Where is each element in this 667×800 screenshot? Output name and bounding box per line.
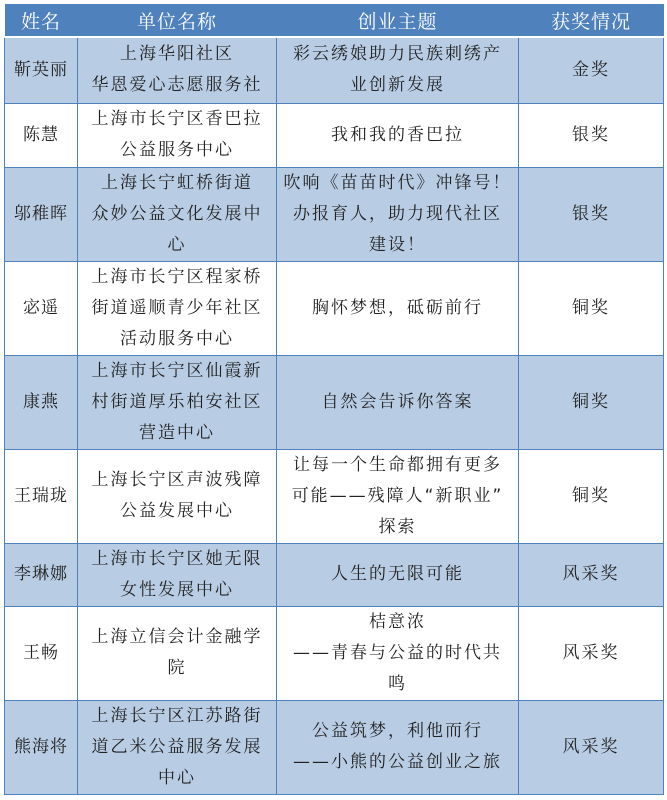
cell-theme: 桔意浓 ——青春与公益的时代共 鸣 [277,606,519,700]
theme-line: 鸣 [279,669,516,700]
unit-line: 公益服务中心 [80,135,274,166]
cell-name: 李琳娜 [5,543,78,606]
header-unit: 单位名称 [78,4,277,37]
cell-unit: 上海市长宁区香巴拉 公益服务中心 [78,103,277,167]
theme-line: ——小熊的公益创业之旅 [279,747,516,778]
cell-name: 靳英丽 [5,37,78,103]
theme-line: ——青春与公益的时代共 [279,638,516,669]
cell-theme: 彩云绣娘助力民族刺绣产 业创新发展 [277,37,519,103]
cell-theme: 让每一个生命都拥有更多 可能——残障人“新职业” 探索 [277,449,519,543]
cell-theme: 吹响《苗苗时代》冲锋号！ 办报育人，助力现代社区 建设！ [277,167,519,261]
table-row: 陈慧 上海市长宁区香巴拉 公益服务中心 我和我的香巴拉 银奖 [5,103,664,167]
cell-unit: 上海市长宁区仙霞新 村街道厚乐柏安社区 营造中心 [78,355,277,449]
header-theme: 创业主题 [277,4,519,37]
table-row: 邬稚晖 上海长宁虹桥街道 众妙公益文化发展中 心 吹响《苗苗时代》冲锋号！ 办报… [5,167,664,261]
theme-line: 彩云绣娘助力民族刺绣产 [279,39,516,70]
cell-unit: 上海立信会计金融学 院 [78,606,277,700]
cell-theme: 胸怀梦想，砥砺前行 [277,261,519,355]
unit-line: 上海市长宁区香巴拉 [80,104,274,135]
theme-line: 建设！ [279,230,516,261]
unit-line: 华恩爱心志愿服务社 [80,70,274,101]
theme-line: 公益筑梦，利他而行 [279,716,516,747]
theme-line: 胸怀梦想，砥砺前行 [279,293,516,324]
table-row: 靳英丽 上海华阳社区 华恩爱心志愿服务社 彩云绣娘助力民族刺绣产 业创新发展 金… [5,37,664,103]
awards-table: 姓名 单位名称 创业主题 获奖情况 靳英丽 上海华阳社区 华恩爱心志愿服务社 彩… [4,4,664,795]
theme-line: 我和我的香巴拉 [279,120,516,151]
cell-award: 银奖 [519,167,664,261]
theme-line: 办报育人，助力现代社区 [279,199,516,230]
header-name: 姓名 [5,4,78,37]
cell-unit: 上海长宁区声波残障 公益发展中心 [78,449,277,543]
theme-line: 业创新发展 [279,70,516,101]
table-row: 王瑞珑 上海长宁区声波残障 公益发展中心 让每一个生命都拥有更多 可能——残障人… [5,449,664,543]
cell-unit: 上海长宁虹桥街道 众妙公益文化发展中 心 [78,167,277,261]
header-row: 姓名 单位名称 创业主题 获奖情况 [5,4,664,37]
cell-theme: 我和我的香巴拉 [277,103,519,167]
unit-line: 街道遥顺青少年社区 [80,293,274,324]
cell-award: 金奖 [519,37,664,103]
cell-name: 康燕 [5,355,78,449]
cell-theme: 自然会告诉你答案 [277,355,519,449]
theme-line: 桔意浓 [279,607,516,638]
theme-line: 探索 [279,512,516,543]
cell-theme: 公益筑梦，利他而行 ——小熊的公益创业之旅 [277,700,519,794]
unit-line: 上海长宁区江苏路街 [80,701,274,732]
cell-name: 邬稚晖 [5,167,78,261]
cell-unit: 上海长宁区江苏路街 道乙米公益服务发展 中心 [78,700,277,794]
table-row: 宓遥 上海市长宁区程家桥 街道遥顺青少年社区 活动服务中心 胸怀梦想，砥砺前行 … [5,261,664,355]
theme-line: 自然会告诉你答案 [279,387,516,418]
unit-line: 公益发展中心 [80,496,274,527]
cell-theme: 人生的无限可能 [277,543,519,606]
unit-line: 众妙公益文化发展中 [80,199,274,230]
table-row: 熊海将 上海长宁区江苏路街 道乙米公益服务发展 中心 公益筑梦，利他而行 ——小… [5,700,664,794]
cell-unit: 上海华阳社区 华恩爱心志愿服务社 [78,37,277,103]
theme-line: 让每一个生命都拥有更多 [279,450,516,481]
unit-line: 中心 [80,763,274,794]
cell-unit: 上海市长宁区程家桥 街道遥顺青少年社区 活动服务中心 [78,261,277,355]
cell-award: 风采奖 [519,543,664,606]
cell-award: 银奖 [519,103,664,167]
unit-line: 道乙米公益服务发展 [80,732,274,763]
table-row: 王畅 上海立信会计金融学 院 桔意浓 ——青春与公益的时代共 鸣 风采奖 [5,606,664,700]
unit-line: 院 [80,653,274,684]
cell-award: 铜奖 [519,261,664,355]
cell-name: 王畅 [5,606,78,700]
cell-award: 铜奖 [519,449,664,543]
cell-award: 风采奖 [519,700,664,794]
unit-line: 上海立信会计金融学 [80,622,274,653]
cell-name: 熊海将 [5,700,78,794]
unit-line: 上海市长宁区她无限 [80,544,274,575]
unit-line: 上海华阳社区 [80,39,274,70]
cell-award: 铜奖 [519,355,664,449]
cell-unit: 上海市长宁区她无限 女性发展中心 [78,543,277,606]
unit-line: 上海长宁虹桥街道 [80,168,274,199]
cell-name: 陈慧 [5,103,78,167]
cell-name: 王瑞珑 [5,449,78,543]
cell-award: 风采奖 [519,606,664,700]
theme-line: 人生的无限可能 [279,559,516,590]
unit-line: 上海市长宁区程家桥 [80,262,274,293]
table-row: 康燕 上海市长宁区仙霞新 村街道厚乐柏安社区 营造中心 自然会告诉你答案 铜奖 [5,355,664,449]
cell-name: 宓遥 [5,261,78,355]
theme-line: 吹响《苗苗时代》冲锋号！ [279,168,516,199]
table-row: 李琳娜 上海市长宁区她无限 女性发展中心 人生的无限可能 风采奖 [5,543,664,606]
unit-line: 活动服务中心 [80,324,274,355]
unit-line: 营造中心 [80,418,274,449]
unit-line: 上海市长宁区仙霞新 [80,356,274,387]
unit-line: 女性发展中心 [80,575,274,606]
unit-line: 上海长宁区声波残障 [80,465,274,496]
header-award: 获奖情况 [519,4,664,37]
unit-line: 村街道厚乐柏安社区 [80,387,274,418]
unit-line: 心 [80,230,274,261]
theme-line: 可能——残障人“新职业” [279,481,516,512]
